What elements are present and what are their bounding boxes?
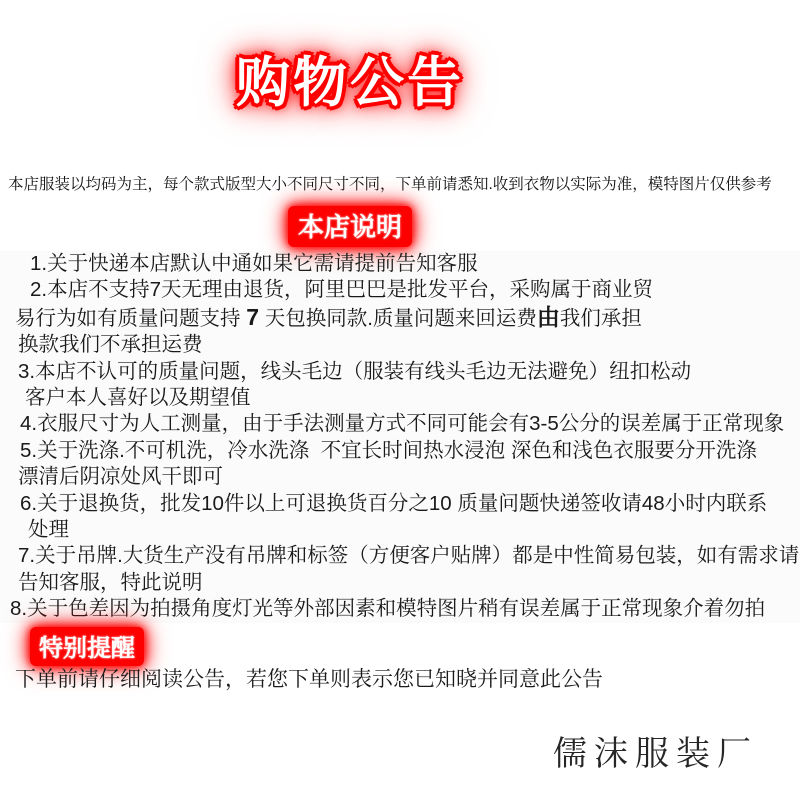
notice-line-text: 告知客服，特此说明: [18, 571, 203, 594]
notice-line: 2.本店不支持7天无理由退货，阿里巴巴是批发平台，采购属于商业贸: [0, 277, 800, 303]
notice-line-text: 易行为如有质量问题支持: [15, 307, 246, 330]
page-title: 购物公告: [236, 40, 464, 117]
page-title-wrap: 购物公告: [0, 40, 700, 117]
intro-text: 本店服装以均码为主，每个款式版型大小不同尺寸不同，下单前请悉知.收到衣物以实际为…: [8, 172, 800, 194]
section-badge: 本店说明: [288, 206, 412, 247]
notice-line: 3.本店不认可的质量问题，线头毛边（服装有线头毛边无法避免）纽扣松动: [0, 359, 800, 385]
notice-line: 6.关于退换货，批发10件以上可退换货百分之10 质量问题快递签收请48小时内联…: [0, 491, 800, 517]
notice-line-text: 2.本店不支持7天无理由退货，阿里巴巴是批发平台，采购属于商业贸: [30, 278, 653, 301]
factory-watermark: 儒沫服装厂: [553, 726, 758, 775]
notice-line: 客户本人喜好以及期望值: [0, 385, 800, 411]
notice-line-text: 1.关于快递本店默认中通如果它需请提前告知客服: [30, 252, 478, 275]
notice-line-text: 5.关于洗涤.不可机洗，冷水洗涤 不宜长时间热水浸泡 深色和浅色衣服要分开洗涤: [20, 439, 757, 462]
notice-line: 漂清后阴凉处风干即可: [0, 464, 800, 490]
notice-line-text: 天包换同款.质量问题来回运费: [259, 307, 537, 330]
notice-line: 换款我们不承担运费: [0, 332, 800, 358]
notice-line-text: 漂清后阴凉处风干即可: [18, 465, 223, 488]
notice-line-text: 客户本人喜好以及期望值: [25, 386, 251, 409]
notice-line: 4.衣服尺寸为人工测量，由于手法测量方式不同可能会有3-5公分的误差属于正常现象: [0, 411, 800, 437]
notice-list: 1.关于快递本店默认中通如果它需请提前告知客服2.本店不支持7天无理由退货，阿里…: [0, 251, 800, 623]
notice-line: 1.关于快递本店默认中通如果它需请提前告知客服: [0, 251, 800, 277]
notice-line-text: 我们承担: [560, 307, 642, 330]
notice-line: 8.关于色差因为拍摄角度灯光等外部因素和模特图片稍有误差属于正常现象介着勿拍: [0, 596, 800, 622]
notice-line: 易行为如有质量问题支持 7 天包换同款.质量问题来回运费由我们承担: [0, 304, 800, 332]
notice-line-text: 7.关于吊牌.大货生产没有吊牌和标签（方便客户贴牌）都是中性简易包装，如有需求请: [18, 544, 799, 567]
notice-line-text: 3.本店不认可的质量问题，线头毛边（服装有线头毛边无法避免）纽扣松动: [18, 360, 691, 383]
notice-line: 处理: [0, 517, 800, 543]
section-badge-wrap: 本店说明: [0, 206, 700, 247]
reminder-text: 下单前请仔细阅读公告，若您下单则表示您已知晓并同意此公告: [15, 663, 795, 693]
notice-line-text: 4.衣服尺寸为人工测量，由于手法测量方式不同可能会有3-5公分的误差属于正常现象: [20, 412, 784, 435]
notice-line: 5.关于洗涤.不可机洗，冷水洗涤 不宜长时间热水浸泡 深色和浅色衣服要分开洗涤: [0, 438, 800, 464]
notice-line-text: 8.关于色差因为拍摄角度灯光等外部因素和模特图片稍有误差属于正常现象介着勿拍: [10, 597, 765, 620]
notice-line-text: 换款我们不承担运费: [18, 333, 203, 356]
reminder-badge-wrap: 特别提醒: [30, 627, 144, 666]
notice-line: 告知客服，特此说明: [0, 570, 800, 596]
notice-line-emphasis: 由: [537, 304, 560, 330]
notice-line-text: 6.关于退换货，批发10件以上可退换货百分之10 质量问题快递签收请48小时内联…: [20, 492, 767, 515]
notice-line-emphasis: 7: [246, 304, 259, 330]
notice-line-text: 处理: [28, 518, 69, 541]
reminder-badge: 特别提醒: [30, 627, 144, 666]
notice-line: 7.关于吊牌.大货生产没有吊牌和标签（方便客户贴牌）都是中性简易包装，如有需求请: [0, 543, 800, 569]
